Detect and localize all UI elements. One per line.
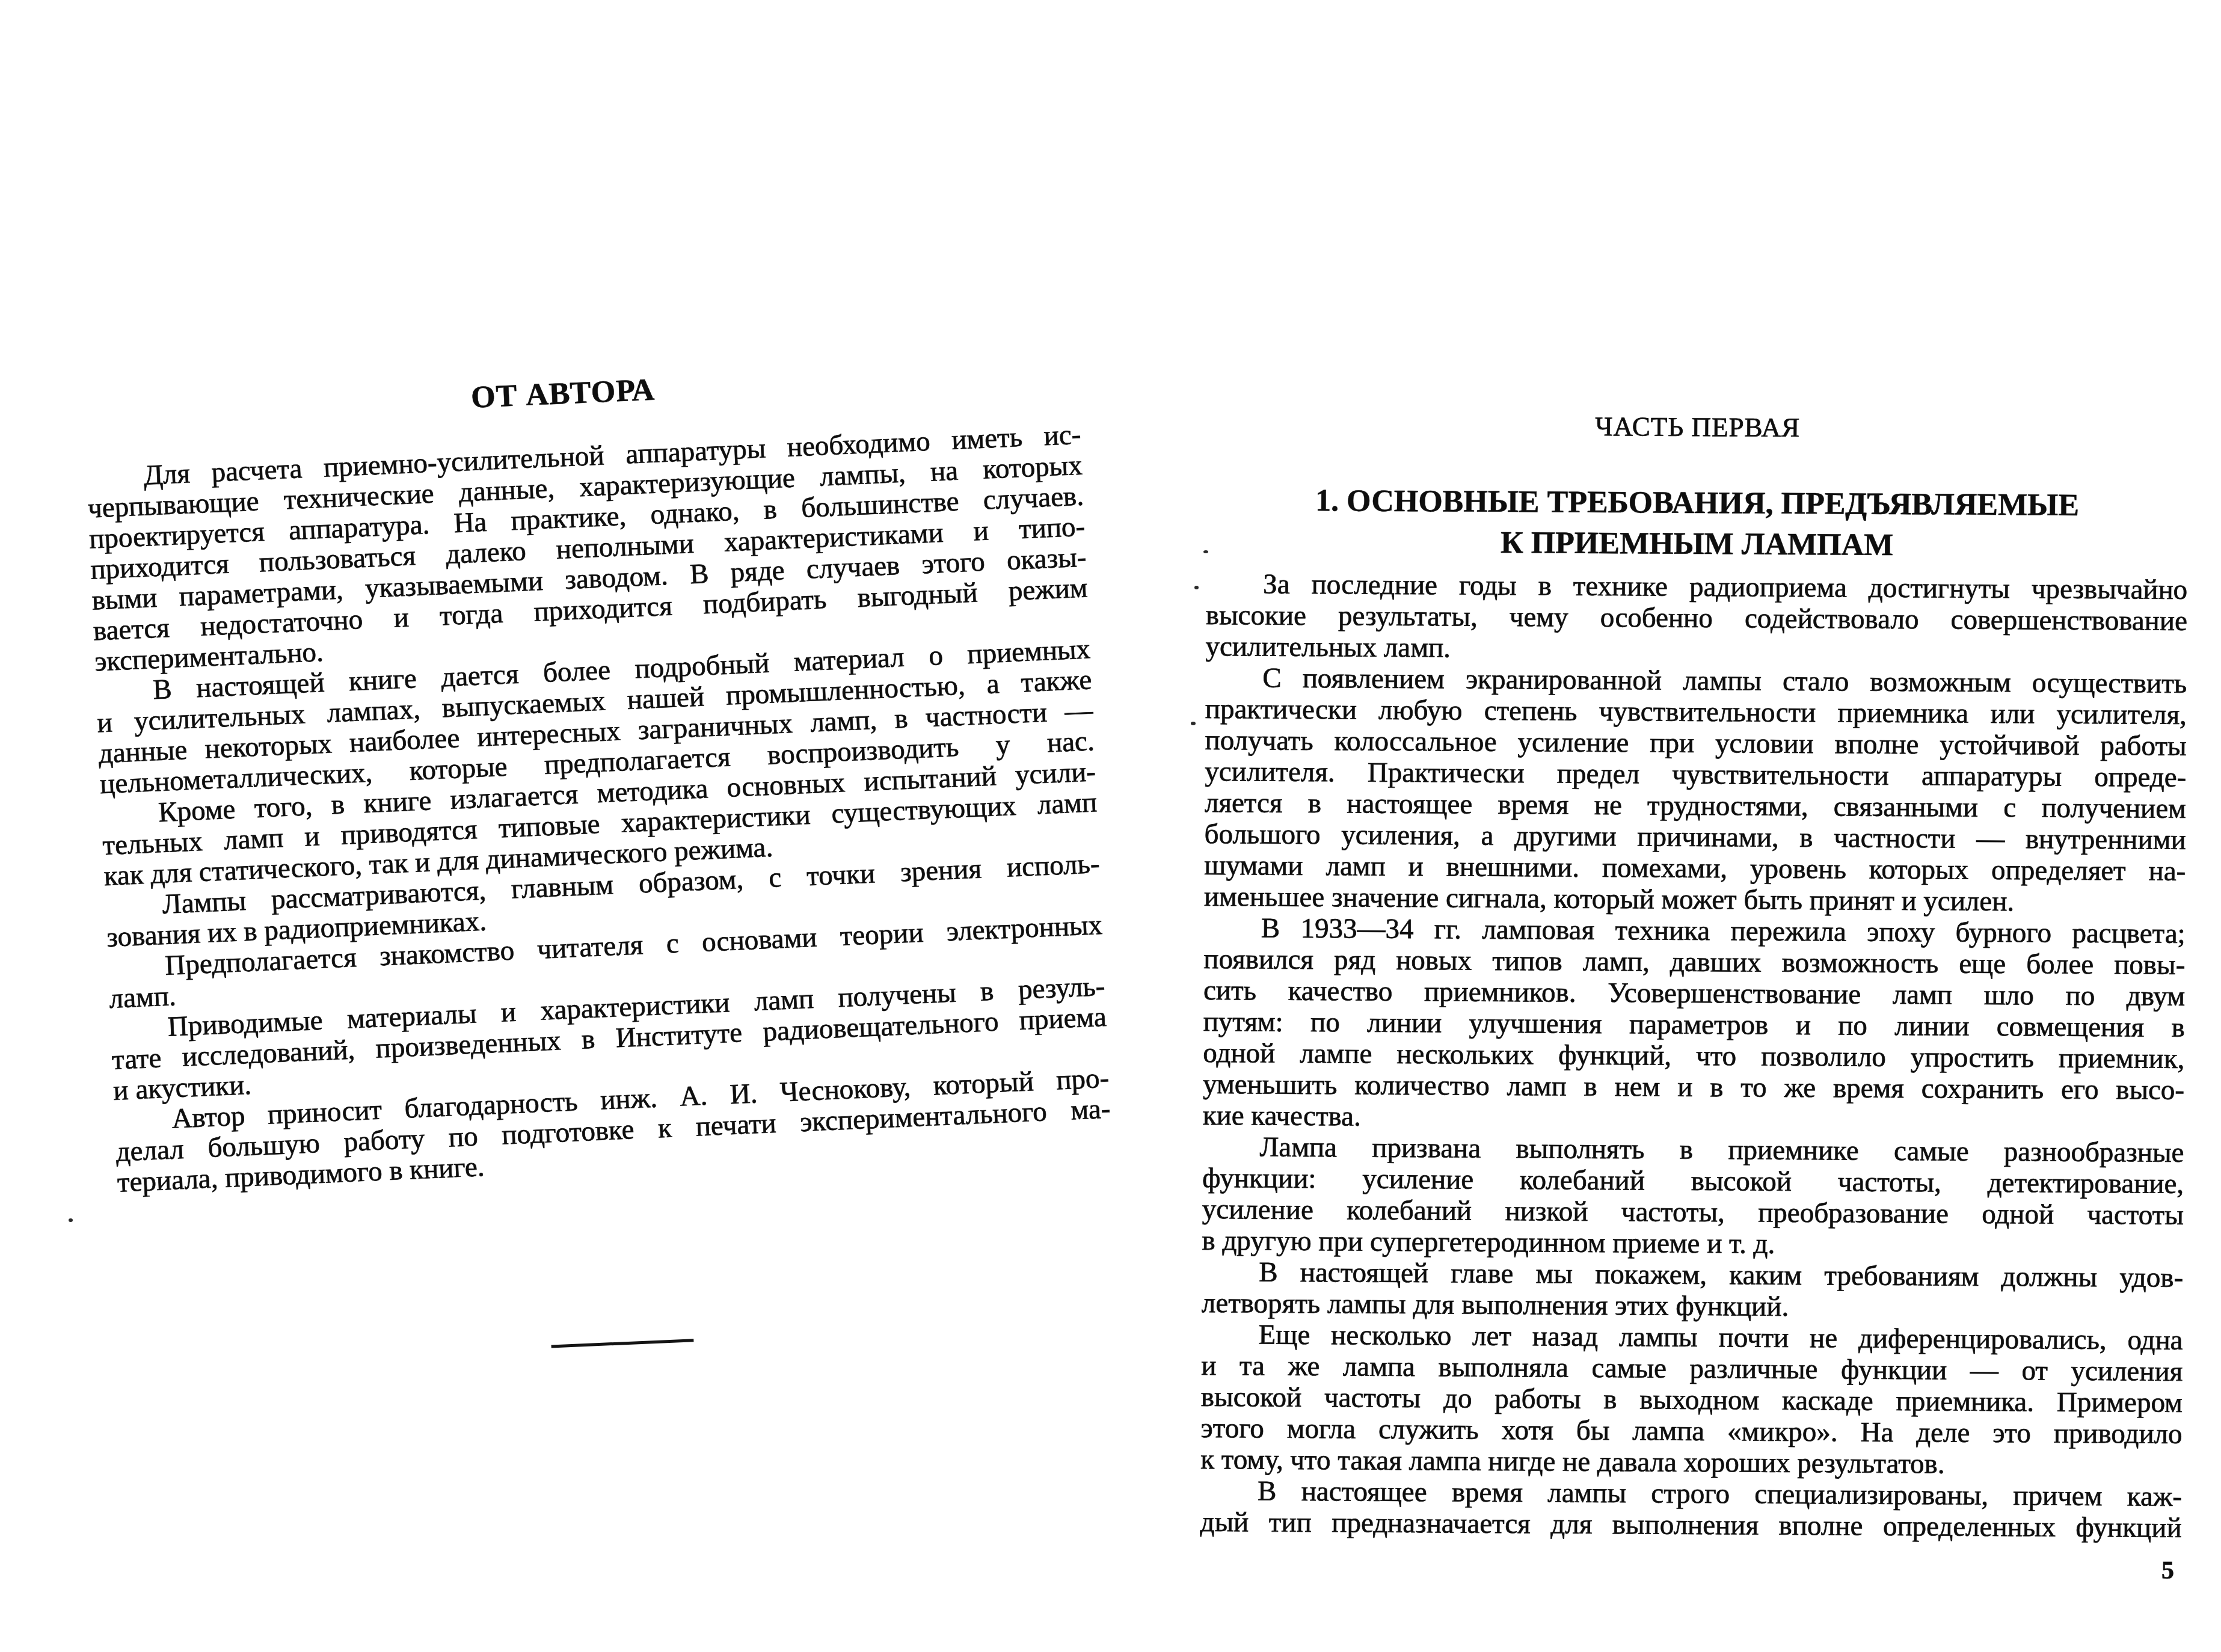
paragraph: В настоящей главе мы покажем, каким треб… bbox=[1202, 1256, 2184, 1325]
left-page-body: Для расчета приемно-усилительной аппарат… bbox=[86, 420, 1113, 1199]
paragraph: С появлением экранированной лампы стало … bbox=[1204, 662, 2187, 918]
preface-title: ОТ АВТОРА bbox=[65, 354, 1061, 434]
paragraph: Лампа призвана выполнять в приемнике сам… bbox=[1202, 1131, 2184, 1262]
left-page: ОТ АВТОРА Для расчета приемно-усилительн… bbox=[83, 354, 1120, 1367]
ink-speck bbox=[1203, 550, 1208, 553]
page-number: 5 bbox=[2161, 1556, 2174, 1585]
ink-speck bbox=[69, 1218, 73, 1222]
paragraph: За последние годы в технике радиоприема … bbox=[1205, 568, 2187, 668]
right-page-body: За последние годы в технике радиоприема … bbox=[1200, 568, 2188, 1544]
chapter-title-line-1: 1. ОСНОВНЫЕ ТРЕБОВАНИЯ, ПРЕДЪЯВЛЯЕМЫЕ bbox=[1206, 480, 2188, 527]
right-page: ЧАСТЬ ПЕРВАЯ 1. ОСНОВНЫЕ ТРЕБОВАНИЯ, ПРЕ… bbox=[1200, 408, 2189, 1544]
paragraph: Для расчета приемно-усилительной аппарат… bbox=[86, 420, 1090, 678]
part-title: ЧАСТЬ ПЕРВАЯ bbox=[1207, 408, 2189, 446]
ink-speck bbox=[1191, 722, 1196, 725]
ink-speck bbox=[1194, 586, 1199, 589]
paragraph: В настоящее время лампы строго специализ… bbox=[1200, 1475, 2183, 1544]
book-scan-spread: ОТ АВТОРА Для расчета приемно-усилительн… bbox=[0, 0, 2221, 1652]
paragraph: Еще несколько лет назад лампы почти не д… bbox=[1200, 1319, 2183, 1481]
chapter-title-line-2: К ПРИЕМНЫМ ЛАМПАМ bbox=[1206, 521, 2187, 568]
paragraph: В 1933—34 гг. ламповая техника пережила … bbox=[1203, 912, 2186, 1137]
text-line: дый тип предназначается для выполнения в… bbox=[1200, 1506, 2182, 1544]
chapter-title: 1. ОСНОВНЫЕ ТРЕБОВАНИЯ, ПРЕДЪЯВЛЯЕМЫЕ К … bbox=[1206, 480, 2188, 568]
section-divider bbox=[551, 1339, 694, 1348]
